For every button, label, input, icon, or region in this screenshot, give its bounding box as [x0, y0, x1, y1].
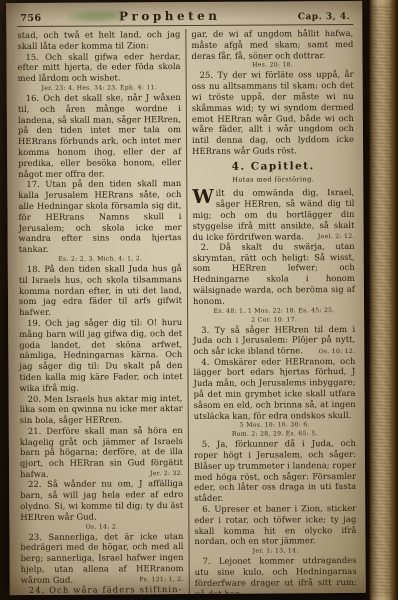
opposite-page-fore-edge	[367, 0, 398, 600]
verse-paragraph: 19. Och jag såger dig til: O! huru mång …	[19, 317, 182, 394]
verse-paragraph: stad, och twå et helt land, och jag skal…	[17, 29, 180, 52]
verse-paragraph: 25. Ty der wi förläte oss uppå, år oss n…	[192, 69, 355, 156]
verse-paragraph: 24. Och wåra fäders stiftnin-	[21, 584, 184, 595]
verse-paragraph: 22. Så wånder nu om, J affälliga barn, s…	[20, 478, 183, 522]
verse-paragraph: 20. Men Israels hus aktar mig intet, lik…	[20, 393, 183, 426]
book-page: 756 Propheten Cap. 3, 4. stad, och twå e…	[6, 1, 366, 595]
running-title: Propheten	[119, 9, 221, 24]
verse-paragraph: gar, de wi af ungdom hållit hafwa, måste…	[191, 28, 353, 61]
scripture-reference: Es. 48: 1. 1 Mos. 22: 18. Es. 45: 25.	[193, 306, 355, 316]
chapter-label: Cap. 3, 4.	[298, 12, 351, 22]
verse-paragraph: 5. Ja, förkunner då i Juda, och roper hö…	[194, 438, 356, 504]
page-header: 756 Propheten Cap. 3, 4.	[6, 1, 362, 25]
text-columns: stad, och twå et helt land, och jag skal…	[6, 25, 365, 595]
faded-ink-stamp	[68, 8, 122, 24]
chapter-subtitle: Hotas med förstöring.	[192, 174, 354, 186]
chapter-heading: 4. Capitlet.	[192, 161, 354, 173]
verse-paragraph: 4. Omskärer eder HERranom, och lägger bo…	[193, 355, 355, 421]
left-column: stad, och twå et helt land, och jag skal…	[17, 29, 188, 595]
right-column: gar, de wi af ungdom hållit hafwa, måste…	[185, 28, 356, 595]
verse-paragraph: 2. Då skalt du swärja, utan skrymtan, rä…	[193, 241, 355, 307]
verse-paragraph: 15. Och skall gifwa eder herdar, efter m…	[17, 51, 180, 84]
verse-paragraph: 18. På den tiden skall Juda hus gå til I…	[19, 263, 182, 318]
page-number: 756	[20, 13, 41, 24]
verse-paragraph: 17. Utan på den tiden skall man kalla Je…	[18, 178, 181, 255]
verse-paragraph: 7. Lejonet kommer utdragandes utu sine k…	[195, 555, 357, 595]
verse-paragraph: 6. Upreser et baner i Zion, sticker eder…	[194, 503, 356, 547]
verse-paragraph: 16. Och det skall ske, når J wåxen til, …	[18, 92, 182, 179]
